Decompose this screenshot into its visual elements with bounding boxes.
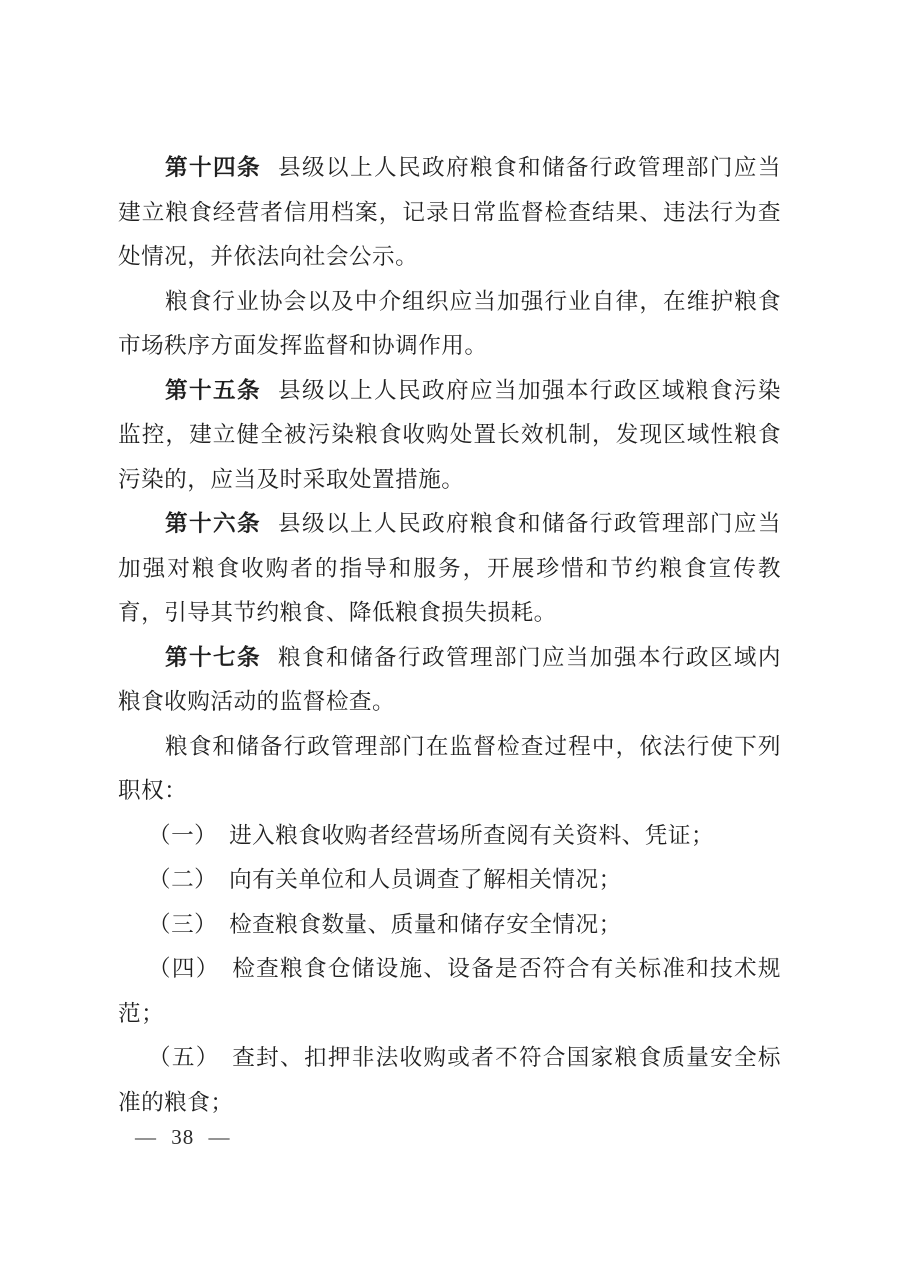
paragraph-text: （三） 检查粮食数量、质量和储存安全情况； xyxy=(148,912,622,937)
document-page: 第十四条县级以上人民政府粮食和储备行政管理部门应当建立粮食经营者信用档案，记录日… xyxy=(0,0,900,1272)
page-footer: — 38 — xyxy=(135,1122,231,1152)
paragraph: 粮食行业协会以及中介组织应当加强行业自律，在维护粮食市场秩序方面发挥监督和协调作… xyxy=(118,280,781,369)
article-number: 第十五条 xyxy=(165,378,261,403)
paragraph-text: （五） 查封、扣押非法收购或者不符合国家粮食质量安全标准的粮食； xyxy=(118,1045,781,1115)
paragraph: 第十七条粮食和储备行政管理部门应当加强本行政区域内粮食收购活动的监督检查。 xyxy=(118,636,781,725)
paragraph-text: 粮食行业协会以及中介组织应当加强行业自律，在维护粮食市场秩序方面发挥监督和协调作… xyxy=(118,289,781,359)
paragraph-text: （二） 向有关单位和人员调查了解相关情况； xyxy=(148,867,622,892)
paragraph-text: （一） 进入粮食收购者经营场所查阅有关资料、凭证； xyxy=(148,823,714,848)
paragraph: 第十六条县级以上人民政府粮食和储备行政管理部门应当加强对粮食收购者的指导和服务，… xyxy=(118,502,781,636)
article-number: 第十七条 xyxy=(165,645,261,670)
paragraph: 粮食和储备行政管理部门在监督检查过程中，依法行使下列职权： xyxy=(118,725,781,814)
paragraph: 第十五条县级以上人民政府应当加强本行政区域粮食污染监控，建立健全被污染粮食收购处… xyxy=(118,369,781,503)
document-body: 第十四条县级以上人民政府粮食和储备行政管理部门应当建立粮食经营者信用档案，记录日… xyxy=(118,146,781,1125)
paragraph-text: （四） 检查粮食仓储设施、设备是否符合有关标准和技术规范； xyxy=(118,956,781,1026)
list-item: （三） 检查粮食数量、质量和储存安全情况； xyxy=(118,903,781,948)
article-number: 第十六条 xyxy=(165,511,261,536)
list-item: （四） 检查粮食仓储设施、设备是否符合有关标准和技术规范； xyxy=(118,947,781,1036)
paragraph-text: 粮食和储备行政管理部门在监督检查过程中，依法行使下列职权： xyxy=(118,734,781,804)
list-item: （五） 查封、扣押非法收购或者不符合国家粮食质量安全标准的粮食； xyxy=(118,1036,781,1125)
page-number: — 38 — xyxy=(135,1125,231,1149)
list-item: （一） 进入粮食收购者经营场所查阅有关资料、凭证； xyxy=(118,814,781,859)
list-item: （二） 向有关单位和人员调查了解相关情况； xyxy=(118,858,781,903)
paragraph: 第十四条县级以上人民政府粮食和储备行政管理部门应当建立粮食经营者信用档案，记录日… xyxy=(118,146,781,280)
article-number: 第十四条 xyxy=(165,155,261,180)
